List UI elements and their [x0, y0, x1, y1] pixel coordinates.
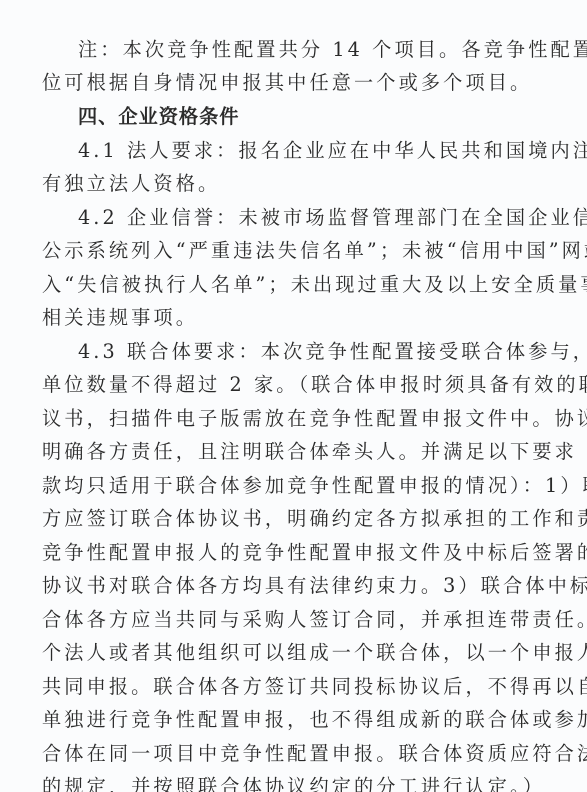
clause-4-3-line-7: 竞争性配置申报人的竞争性配置申报文件及中标后签署的合同 [42, 541, 532, 565]
clause-4-3-line-9: 合体各方应当共同与采购人签订合同，并承担连带责任。4）多 [42, 608, 532, 632]
clause-4-1-line-2: 有独立法人资格。 [42, 172, 532, 196]
clause-4-3-line-2: 单位数量不得超过 2 家。（联合体申报时须具备有效的联合体协 [42, 373, 532, 397]
section-heading: 四、企业资格条件 [78, 105, 532, 129]
clause-4-2-line-1: 4.2 企业信誉：未被市场监督管理部门在全国企业信用信息 [78, 206, 532, 230]
clause-4-3-line-3: 议书，扫描件电子版需放在竞争性配置申报文件中。协议书中应 [42, 407, 532, 431]
clause-4-3-line-6: 方应签订联合体协议书，明确约定各方拟承担的工作和责任。2） [42, 507, 532, 531]
clause-4-3-line-1: 4.3 联合体要求：本次竞争性配置接受联合体参与，联合体 [78, 340, 532, 364]
clause-4-3-line-4: 明确各方责任，且注明联合体牵头人。并满足以下要求（以下条 [42, 440, 532, 464]
clause-4-3-line-5: 款均只适用于联合体参加竞争性配置申报的情况）：1）联合体各 [42, 474, 532, 498]
document-page: 注：本次竞争性配置共分 14 个项目。各竞争性配置申报单 位可根据自身情况申报其… [0, 0, 587, 792]
note-paragraph-line-1: 注：本次竞争性配置共分 14 个项目。各竞争性配置申报单 [78, 38, 532, 62]
clause-4-2-line-4: 相关违规事项。 [42, 306, 532, 330]
clause-4-2-line-3: 入“失信被执行人名单”；未出现过重大及以上安全质量事故及 [42, 273, 532, 297]
clause-4-3-line-8: 协议书对联合体各方均具有法律约束力。3）联合体中标后，联 [42, 574, 532, 598]
clause-4-3-line-11: 共同申报。联合体各方签订共同投标协议后，不得再以自己名义 [42, 675, 532, 699]
clause-4-3-line-10: 个法人或者其他组织可以组成一个联合体，以一个申报人的身份 [42, 641, 532, 665]
clause-4-2-line-2: 公示系统列入“严重违法失信名单”；未被“信用中国”网站列 [42, 239, 532, 263]
clause-4-1-line-1: 4.1 法人要求：报名企业应在中华人民共和国境内注册，具 [78, 139, 532, 163]
clause-4-3-line-13: 合体在同一项目中竞争性配置申报。联合体资质应符合法律法规 [42, 742, 532, 766]
clause-4-3-line-14: 的规定，并按照联合体协议约定的分工进行认定。） [42, 775, 532, 792]
note-paragraph-line-2: 位可根据自身情况申报其中任意一个或多个项目。 [42, 71, 532, 95]
clause-4-3-line-12: 单独进行竞争性配置申报，也不得组成新的联合体或参加其他联 [42, 708, 532, 732]
